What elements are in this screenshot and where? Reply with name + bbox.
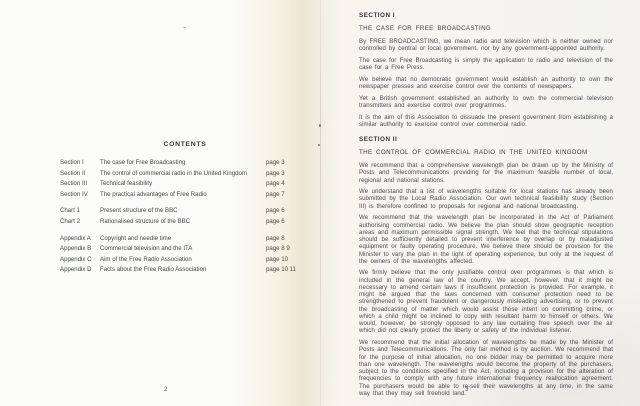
- toc-label: Appendix B: [60, 244, 100, 255]
- paragraph: We understand that a list of wavelengths…: [359, 188, 613, 210]
- toc-label: Section IV: [60, 190, 100, 201]
- toc-label: Appendix A: [60, 234, 100, 245]
- paragraph: The case for Free Broadcasting is simply…: [359, 57, 613, 72]
- toc-title: Commercial television and the ITA: [100, 244, 266, 255]
- scan-speck: [183, 27, 186, 28]
- section-2: SECTION II THE CONTROL OF COMMERCIAL RAD…: [359, 136, 613, 397]
- toc-title: The practical advantages of Free Radio: [100, 190, 266, 201]
- paragraph: Yet a British government established an …: [359, 95, 613, 110]
- toc-label: Section I: [60, 158, 100, 169]
- toc-title: Present structure of the BBC: [100, 206, 266, 217]
- toc-page: page 6: [266, 217, 310, 228]
- toc-title: The control of commercial radio in the U…: [100, 169, 266, 180]
- toc-page: page 3: [266, 158, 310, 169]
- section-kicker: SECTION I: [359, 12, 613, 19]
- toc-page: page 10: [266, 255, 310, 266]
- paragraph: It is the aim of this Association to dis…: [359, 114, 613, 129]
- toc-page: page 6: [266, 206, 310, 217]
- toc-title: Copyright and needle time: [100, 234, 266, 245]
- toc-label: Section III: [60, 179, 100, 190]
- toc-page: page 3: [266, 169, 310, 180]
- toc-title: Facts about the Free Radio Association: [100, 265, 266, 276]
- page-fold-line: [320, 0, 321, 406]
- toc-group-charts: Chart 1 Present structure of the BBC pag…: [60, 206, 310, 227]
- toc-page: page 8 9: [266, 244, 310, 255]
- paragraph: We firmly believe that the only justifia…: [359, 269, 613, 334]
- scan-speck: [319, 124, 321, 127]
- toc-group-appendices: Appendix A Copyright and needle time pag…: [60, 234, 310, 276]
- toc-title: The case for Free Broadcasting: [100, 158, 266, 169]
- toc-group-sections: Section I The case for Free Broadcasting…: [60, 158, 310, 200]
- right-page-text-column: SECTION I THE CASE FOR FREE BROADCASTING…: [359, 12, 613, 402]
- left-page-contents: CONTENTS Section I The case for Free Bro…: [60, 141, 310, 282]
- toc-label: Section II: [60, 169, 100, 180]
- toc-page: page 10 11: [266, 265, 310, 276]
- paragraph: We believe that no democratic government…: [359, 76, 613, 91]
- toc-title: Aim of the Free Radio Association: [100, 255, 266, 266]
- page-number-left: 2: [164, 386, 168, 393]
- toc-row: Appendix A Copyright and needle time pag…: [60, 234, 310, 245]
- toc-row: Chart 1 Present structure of the BBC pag…: [60, 206, 310, 217]
- section-kicker: SECTION II: [359, 136, 613, 143]
- toc-row: Chart 2 Rationalised structure of the BB…: [60, 217, 310, 228]
- toc-label: Appendix C: [60, 255, 100, 266]
- toc-row: Appendix D Facts about the Free Radio As…: [60, 265, 310, 276]
- toc-page: page 8: [266, 234, 310, 245]
- paragraph: We recommend that the initial allocation…: [359, 339, 613, 397]
- toc-page: page 7: [266, 190, 310, 201]
- paragraph: By FREE BROADCASTING, we mean radio and …: [359, 38, 613, 53]
- page-number-right: 3: [465, 386, 469, 393]
- toc-row: Section III Technical feasibility page 4: [60, 179, 310, 190]
- toc-row: Section IV The practical advantages of F…: [60, 190, 310, 201]
- section-1: SECTION I THE CASE FOR FREE BROADCASTING…: [359, 12, 613, 128]
- toc-label: Appendix D: [60, 265, 100, 276]
- toc-title: Rationalised structure of the BBC: [100, 217, 266, 228]
- toc-title: Technical feasibility: [100, 179, 266, 190]
- toc-row: Appendix C Aim of the Free Radio Associa…: [60, 255, 310, 266]
- toc-page: page 4: [266, 179, 310, 190]
- toc-row: Section I The case for Free Broadcasting…: [60, 158, 310, 169]
- toc-row: Appendix B Commercial television and the…: [60, 244, 310, 255]
- toc-row: Section II The control of commercial rad…: [60, 169, 310, 180]
- toc-label: Chart 1: [60, 206, 100, 217]
- scan-speck: [318, 144, 320, 146]
- paragraph: We recommend that a comprehensive wavele…: [359, 162, 613, 184]
- toc-label: Chart 2: [60, 217, 100, 228]
- section-heading: THE CONTROL OF COMMERCIAL RADIO IN THE U…: [359, 149, 613, 156]
- contents-heading: CONTENTS: [60, 141, 310, 148]
- scanned-booklet-spread: CONTENTS Section I The case for Free Bro…: [0, 0, 640, 406]
- section-heading: THE CASE FOR FREE BROADCASTING: [359, 25, 613, 32]
- paragraph: We recommend that the wavelength plan be…: [359, 214, 613, 265]
